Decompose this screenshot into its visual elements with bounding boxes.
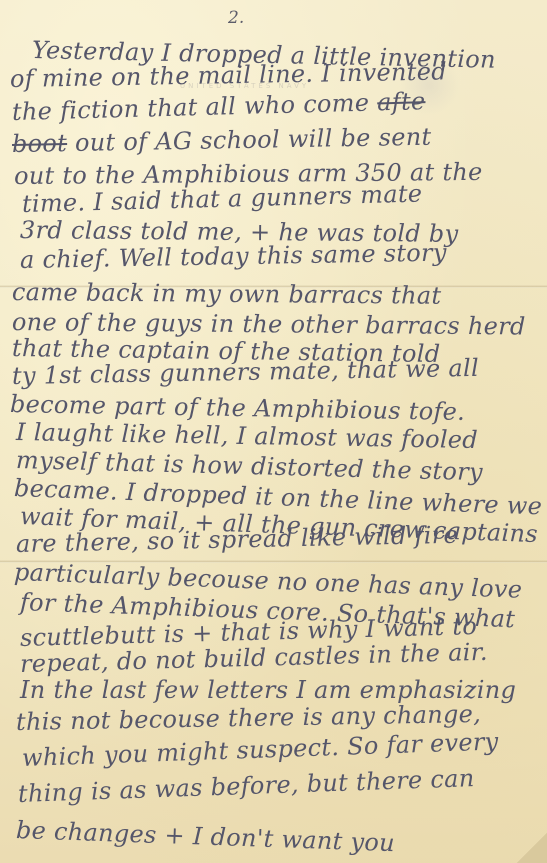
handwritten-line: came back in my own barracs that (12, 278, 442, 310)
struck-word: boot (12, 129, 68, 158)
letter-page: UNITED STATES NAVY 2. Yesterday I droppe… (0, 0, 547, 863)
struck-word: afte (377, 87, 426, 116)
line-text: the fiction that all who come (12, 89, 370, 126)
line-text: out of AG school will be sent (75, 123, 432, 157)
page-number: 2. (228, 8, 244, 28)
page-corner (517, 833, 547, 863)
handwritten-line: be changes + I don't want you (16, 816, 396, 857)
handwritten-line: thing is as was before, but there can (18, 764, 475, 808)
handwritten-line: the fiction that all who come afte (12, 87, 426, 126)
handwritten-line: boot out of AG school will be sent (12, 123, 432, 158)
